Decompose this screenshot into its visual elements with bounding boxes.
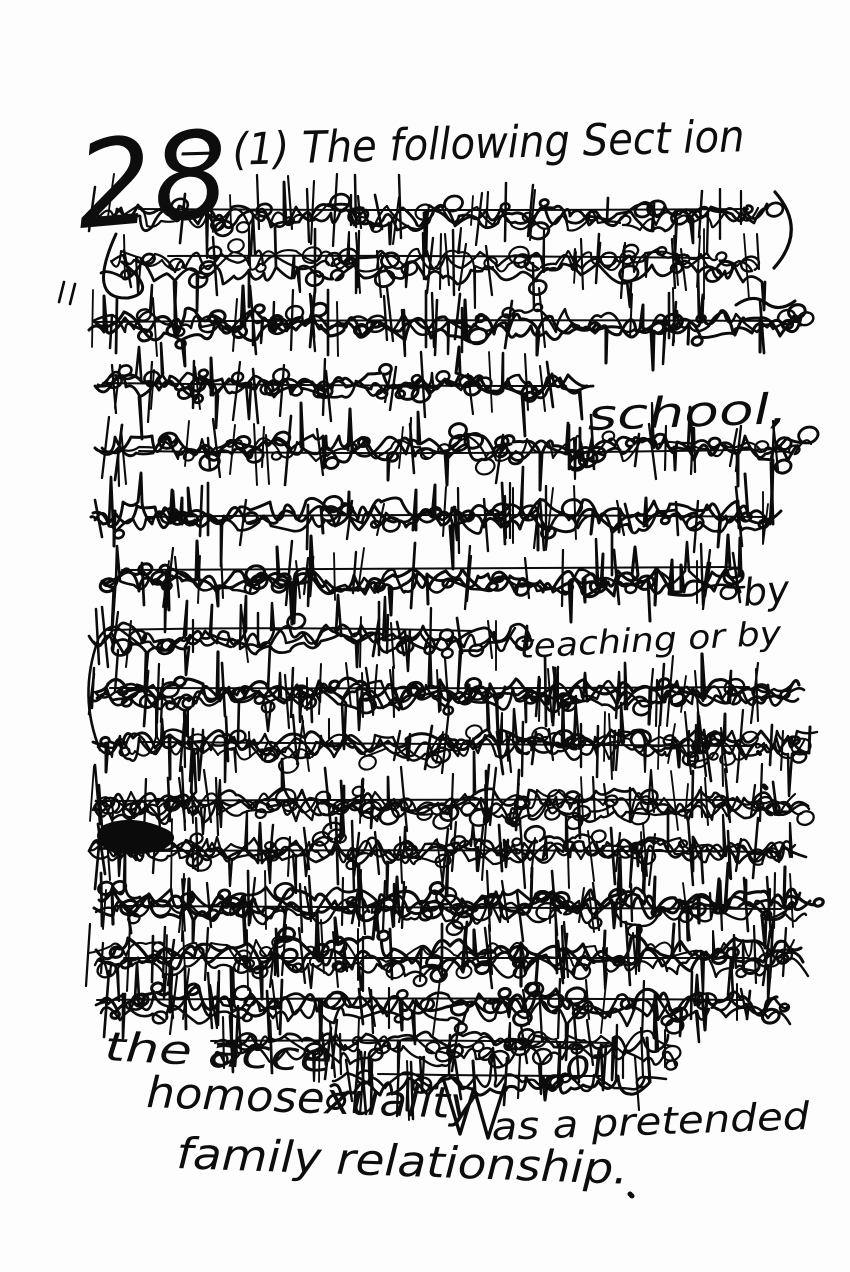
- ink-stroke: [90, 766, 94, 821]
- ink-stroke: [216, 778, 218, 835]
- ink-stroke: [562, 550, 563, 606]
- ink-stroke: [262, 427, 264, 467]
- ink-stroke: [487, 871, 490, 931]
- ink-stroke: [116, 297, 117, 353]
- ink-stroke: [248, 871, 249, 925]
- ink-stroke: [383, 881, 385, 930]
- ink-stroke: [196, 818, 198, 871]
- ink-stroke: [161, 679, 163, 722]
- ink-stroke: [342, 878, 343, 925]
- ink-stroke: [545, 656, 546, 726]
- ink-stroke: [355, 175, 356, 227]
- ink-stroke: [393, 667, 394, 717]
- ink-stroke: [596, 234, 599, 283]
- fragment-homosexuality: homosexuality: [146, 1068, 478, 1130]
- ink-stroke: [375, 832, 379, 874]
- ink-stroke: [346, 663, 351, 707]
- ink-stroke: [458, 488, 459, 553]
- ink-stroke: [222, 663, 225, 716]
- ink-stroke: [221, 552, 223, 598]
- ink-stroke: [753, 818, 758, 878]
- ink-stroke: [200, 486, 202, 536]
- ink-stroke: [558, 979, 560, 1038]
- ink-stroke: [402, 882, 404, 928]
- ink-stroke: [455, 294, 460, 339]
- scanned-handwritten-page: 28 — (1) The following Sect ion school, …: [0, 0, 850, 1272]
- ink-stroke: [486, 246, 492, 295]
- ink-stroke: [522, 722, 523, 776]
- ink-stroke: [96, 609, 99, 664]
- ink-stroke: [163, 927, 165, 977]
- ink-stroke: [437, 670, 439, 712]
- ink-stroke: [604, 712, 605, 761]
- ink-stroke: [609, 714, 612, 779]
- ink-stroke: [362, 673, 363, 717]
- ink-stroke: [387, 288, 393, 341]
- ink-stroke: [691, 972, 692, 1019]
- ink-stroke: [307, 189, 309, 242]
- ink-stroke: [505, 496, 506, 538]
- ink-stroke: [337, 302, 338, 356]
- ink-stroke: [581, 777, 583, 819]
- ink-stroke: [185, 421, 189, 466]
- ink-stroke: [121, 429, 126, 484]
- ink-stroke: [254, 424, 257, 485]
- ink-stroke: [323, 359, 325, 415]
- ink-stroke: [636, 927, 637, 974]
- ink-stroke: [101, 873, 102, 926]
- ink-stroke: [485, 785, 486, 822]
- ink-stroke: [265, 871, 266, 929]
- fragment-school: school,: [587, 384, 789, 440]
- heading-line: — (1) The following Sect ion: [179, 111, 745, 177]
- ink-stroke: [218, 971, 219, 1025]
- ink-stroke: [620, 880, 621, 926]
- ink-stroke: [747, 991, 750, 1019]
- ink-stroke: [556, 924, 557, 973]
- ink-stroke: [616, 675, 619, 718]
- ink-stroke: [360, 617, 361, 667]
- ink-stroke: [754, 926, 756, 983]
- ink-stroke: [593, 777, 595, 819]
- ink-stroke: [770, 725, 772, 765]
- ink-stroke: [783, 928, 786, 976]
- ink-stroke: [453, 230, 454, 295]
- ink-stroke: [307, 505, 308, 549]
- handwriting-canvas: 28 — (1) The following Sect ion school, …: [0, 0, 850, 1272]
- ink-stroke: [208, 438, 210, 470]
- ink-stroke: [184, 712, 185, 767]
- ink-stroke: [384, 296, 387, 340]
- ink-stroke: [89, 605, 530, 675]
- ink-stroke: [658, 726, 659, 769]
- ink-stroke: [496, 435, 503, 483]
- ink-stroke: [101, 943, 103, 973]
- ink-stroke: [257, 175, 259, 229]
- ink-stroke: [153, 298, 157, 356]
- ink-stroke: [616, 730, 619, 770]
- ink-stroke: [505, 183, 506, 241]
- ink-stroke: [758, 752, 760, 754]
- ink-stroke: [631, 884, 632, 921]
- ink-stroke: [92, 290, 93, 347]
- ink-stroke: [764, 786, 766, 788]
- ink-stroke: [699, 191, 702, 237]
- ink-stroke: [701, 544, 703, 605]
- ink-stroke: [334, 553, 335, 600]
- ink-stroke: [59, 282, 75, 304]
- ink-stroke: [616, 1025, 617, 1079]
- ink-stroke: [311, 181, 314, 244]
- ink-stroke: [781, 731, 783, 770]
- ink-stroke: [567, 820, 569, 888]
- ink-stroke: [581, 239, 583, 289]
- ink-stroke: [440, 234, 441, 289]
- ink-stroke: [98, 821, 173, 853]
- ink-stroke: [630, 1194, 632, 1196]
- ink-stroke: [435, 300, 437, 355]
- ink-stroke: [247, 930, 248, 990]
- ink-stroke: [182, 767, 185, 830]
- ink-stroke: [124, 958, 749, 959]
- ink-stroke: [692, 771, 693, 817]
- ink-stroke: [86, 924, 90, 986]
- ink-stroke: [597, 726, 598, 777]
- ink-stroke: [98, 347, 587, 402]
- ink-stroke: [352, 821, 354, 890]
- ink-stroke: [593, 883, 599, 930]
- fragment-by: by: [741, 567, 792, 615]
- ink-stroke: [517, 892, 523, 941]
- ink-stroke: [291, 668, 293, 717]
- fragment-teaching-or-by: teaching or by: [518, 613, 782, 666]
- ink-stroke: [701, 787, 702, 817]
- ink-stroke: [387, 615, 388, 653]
- ink-stroke: [760, 764, 762, 821]
- ink-stroke: [676, 502, 678, 535]
- ink-stroke: [774, 873, 775, 928]
- ink-stroke: [525, 354, 528, 410]
- ink-stroke: [553, 668, 555, 725]
- ink-stroke: [280, 980, 282, 1034]
- ink-stroke: [299, 928, 305, 983]
- ink-stroke: [171, 819, 172, 890]
- ink-stroke: [97, 999, 742, 1001]
- ink-stroke: [288, 837, 290, 876]
